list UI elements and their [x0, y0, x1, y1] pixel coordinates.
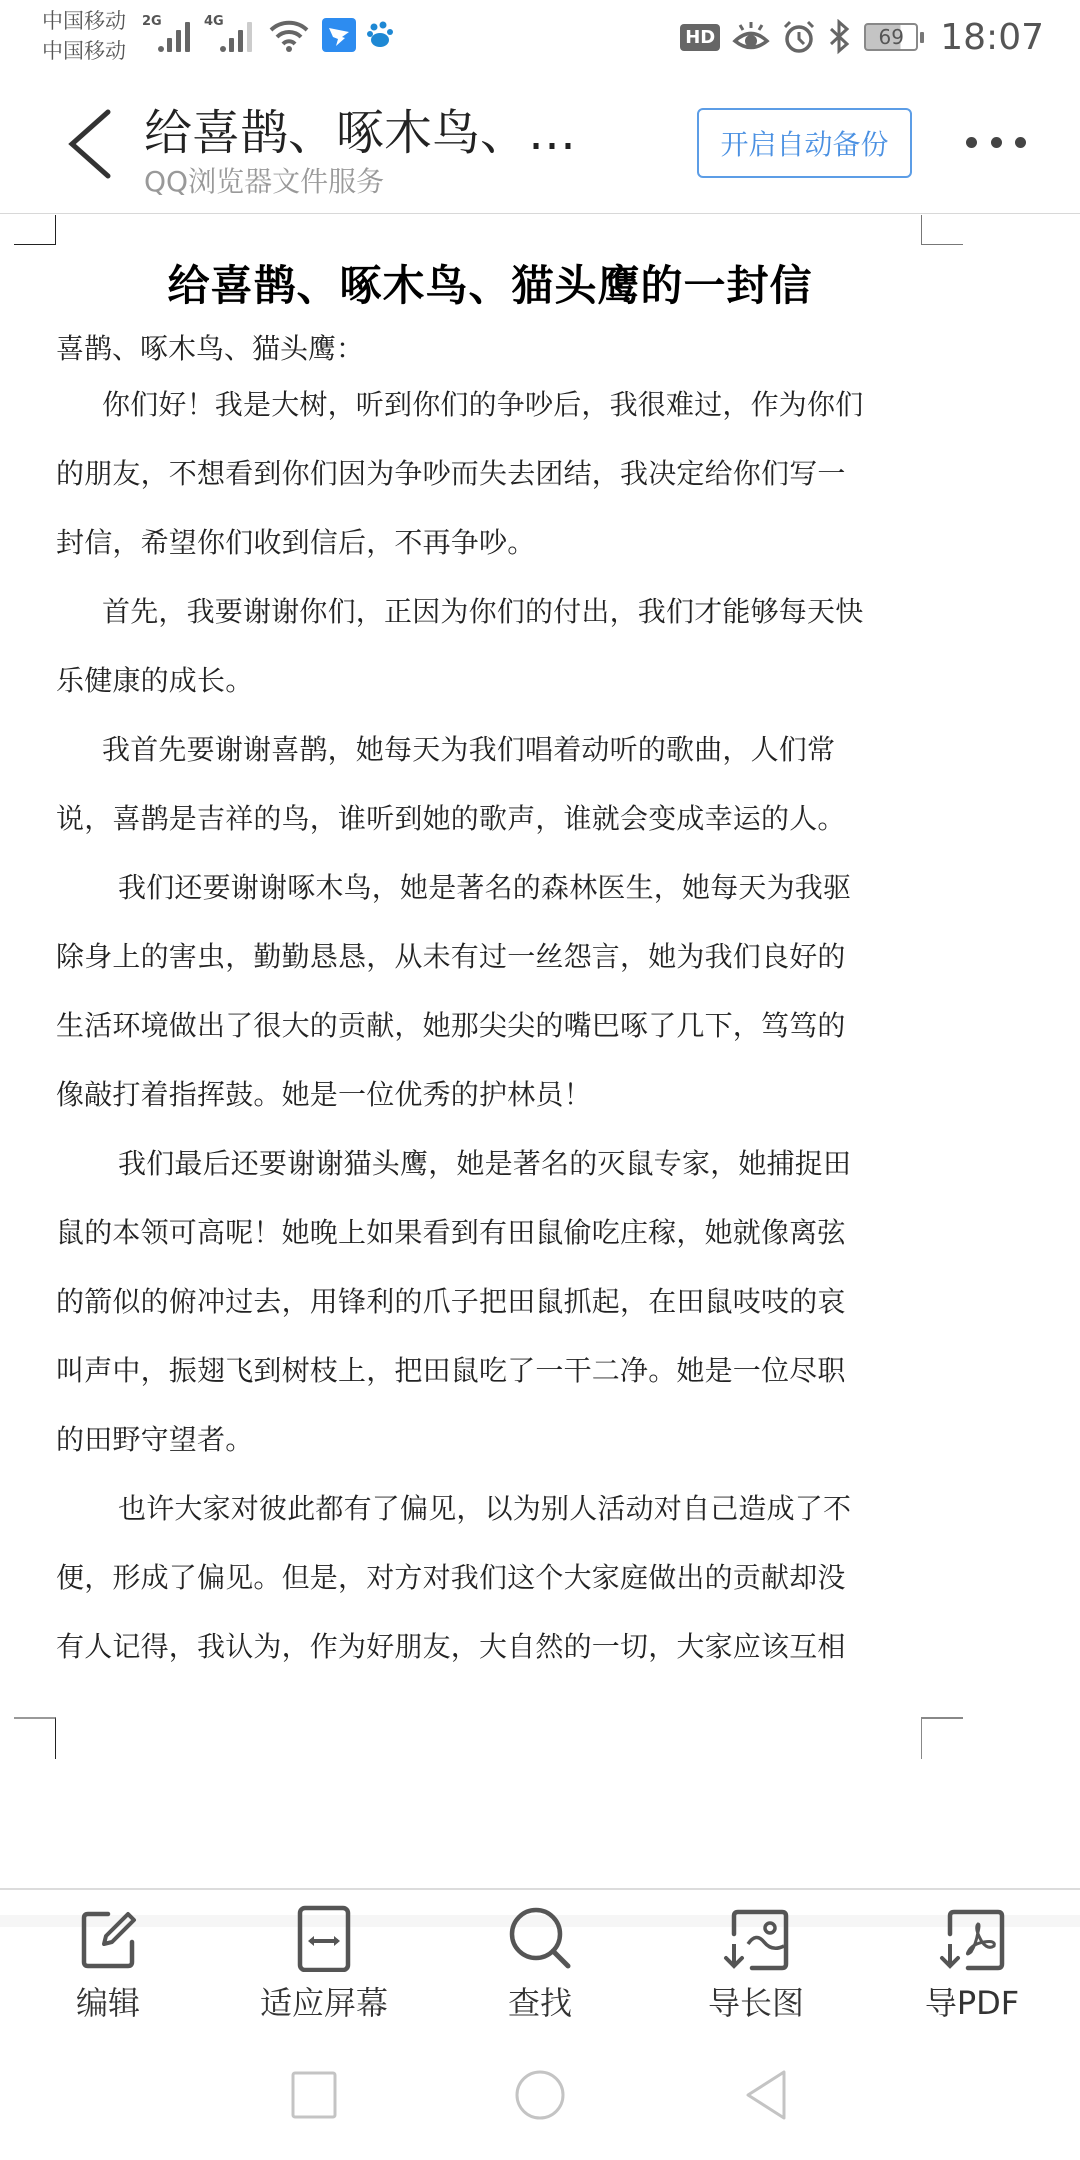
more-options-button[interactable]	[966, 132, 1026, 152]
system-nav-bar	[0, 2020, 1080, 2160]
page-title: 给喜鹊、啄木鸟、…	[144, 94, 576, 163]
text-line: 我们最后还要谢谢猫头鹰，她是著名的灭鼠专家，她捕捉田	[56, 1144, 916, 1213]
document-body: 你们好！我是大树，听到你们的争吵后，我很难过，作为你们 的朋友，不想看到你们因为…	[56, 385, 916, 1696]
text-line: 我首先要谢谢喜鹊，她每天为我们唱着动听的歌曲，人们常	[56, 730, 916, 799]
edit-button[interactable]: 编辑	[8, 1904, 208, 2024]
text-line: 我们还要谢谢啄木鸟，她是著名的森林医生，她每天为我驱	[56, 868, 916, 937]
bluetooth-icon	[828, 19, 852, 55]
document-viewer[interactable]: 给喜鹊、啄木鸟、猫头鹰的一封信 喜鹊、啄木鸟、猫头鹰： 你们好！我是大树，听到你…	[0, 215, 1080, 1885]
dingtalk-app-icon	[322, 18, 356, 52]
back-chevron-icon	[60, 104, 120, 184]
text-line: 也许大家对彼此都有了偏见，以为别人活动对自己造成了不	[56, 1489, 916, 1558]
text-line: 的田野守望者。	[56, 1420, 916, 1489]
text-line: 叫声中，振翅飞到树枝上，把田鼠吃了一干二净。她是一位尽职	[56, 1351, 916, 1420]
text-line: 的箭似的俯冲过去，用锋利的爪子把田鼠抓起，在田鼠吱吱的哀	[56, 1282, 916, 1351]
more-dot-icon	[1015, 137, 1026, 148]
page-subtitle: QQ浏览器文件服务	[144, 160, 384, 200]
hd-icon: HD	[680, 24, 720, 51]
enable-auto-backup-button[interactable]: 开启自动备份	[697, 108, 912, 178]
page-margin-corner-icon	[14, 1717, 56, 1759]
text-line: 除身上的害虫，勤勤恳恳，从未有过一丝怨言，她为我们良好的	[56, 937, 916, 1006]
page-margin-corner-icon	[14, 215, 56, 245]
more-dot-icon	[966, 137, 977, 148]
wifi-icon	[268, 18, 310, 54]
fit-screen-label: 适应屏幕	[260, 1978, 388, 2024]
carrier-labels: 中国移动 中国移动	[42, 6, 126, 66]
edit-icon	[74, 1904, 142, 1972]
document-greeting: 喜鹊、啄木鸟、猫头鹰：	[56, 327, 364, 367]
text-line: 首先，我要谢谢你们，正因为你们的付出，我们才能够每天快	[56, 592, 916, 661]
back-button[interactable]	[60, 104, 120, 184]
export-pdf-icon	[938, 1904, 1006, 1972]
text-line: 鼠的本领可高呢！她晚上如果看到有田鼠偷吃庄稼，她就像离弦	[56, 1213, 916, 1282]
alarm-icon	[782, 19, 816, 55]
text-line: 乐健康的成长。	[56, 661, 916, 730]
text-line: 生活环境做出了很大的贡献，她那尖尖的嘴巴啄了几下，笃笃的	[56, 1006, 916, 1075]
status-right: HD 69 18:07	[680, 12, 1044, 62]
edit-label: 编辑	[76, 1978, 140, 2024]
battery-icon: 69	[864, 23, 918, 51]
clock: 18:07	[940, 17, 1044, 58]
app-header: 给喜鹊、啄木鸟、… QQ浏览器文件服务 开启自动备份	[0, 74, 1080, 214]
battery-level: 69	[879, 25, 904, 49]
search-icon	[506, 1904, 574, 1972]
text-line: 的朋友，不想看到你们因为争吵而失去团结，我决定给你们写一	[56, 454, 916, 523]
page-margin-corner-icon	[921, 1717, 963, 1759]
carrier-1: 中国移动	[42, 6, 126, 36]
text-line: 封信，希望你们收到信后，不再争吵。	[56, 523, 916, 592]
recents-square-icon[interactable]	[284, 2070, 344, 2120]
export-pdf-button[interactable]: 导PDF	[872, 1904, 1072, 2024]
export-long-image-label: 导长图	[708, 1978, 804, 2024]
fit-screen-button[interactable]: 适应屏幕	[224, 1904, 424, 2024]
back-triangle-icon[interactable]	[738, 2070, 798, 2120]
eye-comfort-icon	[732, 20, 770, 54]
export-long-image-button[interactable]: 导长图	[656, 1904, 856, 2024]
home-circle-icon[interactable]	[510, 2070, 570, 2120]
document-title: 给喜鹊、啄木鸟、猫头鹰的一封信	[0, 253, 980, 313]
carrier-2: 中国移动	[42, 36, 126, 66]
text-line: 你们好！我是大树，听到你们的争吵后，我很难过，作为你们	[56, 385, 916, 454]
fit-screen-icon	[290, 1904, 358, 1972]
bottom-toolbar: 编辑 适应屏幕 查找 导长图 导PDF	[0, 1888, 1080, 2020]
text-line: 像敲打着指挥鼓。她是一位优秀的护林员！	[56, 1075, 916, 1144]
text-line: 有人记得，我认为，作为好朋友，大自然的一切，大家应该互相	[56, 1627, 916, 1696]
find-button[interactable]: 查找	[440, 1904, 640, 2024]
page-margin-corner-icon	[921, 215, 963, 245]
find-label: 查找	[508, 1978, 572, 2024]
text-line: 说，喜鹊是吉祥的鸟，谁听到她的歌声，谁就会变成幸运的人。	[56, 799, 916, 868]
export-long-image-icon	[722, 1904, 790, 1972]
status-bar: 中国移动 中国移动 2G 4G HD	[0, 0, 1080, 74]
text-line: 便，形成了偏见。但是，对方对我们这个大家庭做出的贡献却没	[56, 1558, 916, 1627]
baidu-paw-icon	[366, 20, 394, 50]
more-dot-icon	[991, 137, 1002, 148]
export-pdf-label: 导PDF	[925, 1978, 1019, 2024]
